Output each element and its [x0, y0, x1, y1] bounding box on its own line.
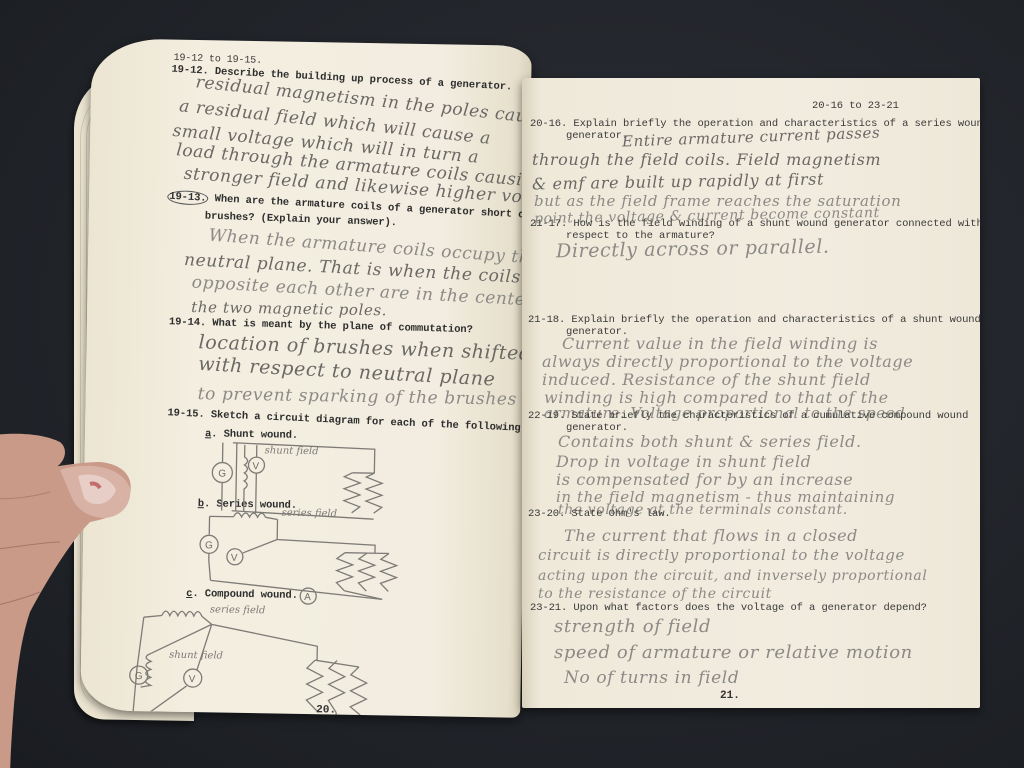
svg-text:shunt field: shunt field — [169, 650, 223, 662]
answer-line: Current value in the field winding is — [562, 334, 878, 353]
svg-text:shunt field: shunt field — [265, 445, 319, 457]
right-range-header: 20-16 to 23-21 — [812, 100, 899, 112]
question-id: 23-20. — [528, 508, 565, 520]
svg-text:series field: series field — [210, 604, 266, 616]
question-23-20: 23-20. State Ohm's law. — [528, 508, 671, 520]
answer-line: speed of armature or relative motion — [554, 642, 913, 663]
answer-line: is compensated for by an increase — [556, 470, 853, 489]
answer-line: The current that flows in a closed — [564, 526, 858, 545]
question-prompt: State briefly the characteristics of a c… — [571, 410, 968, 422]
svg-text:G: G — [135, 671, 143, 682]
question-21-18: 21-18. Explain briefly the operation and… — [528, 314, 980, 326]
svg-text:A: A — [304, 592, 311, 603]
question-id: 21-18. — [528, 314, 565, 326]
answer-line: strength of field — [554, 616, 711, 637]
series-wound-diagram: G V series field A — [199, 506, 398, 605]
answer-line: No of turns in field — [564, 668, 739, 688]
question-prompt-cont: generator. — [566, 130, 628, 142]
photo-scene: 19-12 to 19-15. 19-12. Describe the buil… — [0, 0, 1024, 768]
svg-text:series field: series field — [282, 508, 338, 520]
right-page-number: 21. — [720, 690, 740, 702]
left-page: 19-12 to 19-15. 19-12. Describe the buil… — [80, 38, 532, 718]
answer-line: circuit is directly proportional to the … — [538, 546, 905, 564]
question-prompt: State Ohm's law. — [571, 508, 670, 520]
answer-line: Drop in voltage in shunt field — [556, 452, 812, 471]
answer-line: acting upon the circuit, and inversely p… — [538, 568, 927, 584]
answer-line: through the field coils. Field magnetism — [532, 150, 881, 169]
svg-text:G: G — [218, 468, 226, 479]
svg-text:V: V — [252, 461, 259, 472]
circuit-diagrams: G V shunt field G — [80, 38, 532, 718]
question-prompt: How is the field winding of a shunt woun… — [573, 218, 980, 230]
question-id: 22-19. — [528, 410, 565, 422]
svg-text:V: V — [189, 674, 196, 685]
svg-text:V: V — [231, 553, 238, 564]
answer-line: to the resistance of the circuit — [538, 586, 772, 602]
question-prompt: Upon what factors does the voltage of a … — [573, 602, 926, 614]
right-page: 20-16 to 23-21 20-16. Explain briefly th… — [522, 78, 980, 708]
question-prompt: Explain briefly the operation and charac… — [571, 314, 980, 326]
question-21-17: 21-17. How is the field winding of a shu… — [530, 218, 980, 230]
answer-line: always directly proportional to the volt… — [542, 352, 913, 371]
answer-line: & emf are built up rapidly at first — [532, 169, 824, 193]
left-page-number: 20. — [316, 704, 336, 716]
compound-wound-diagram: series field G shunt field V A — [129, 603, 368, 718]
question-22-19: 22-19. State briefly the characteristics… — [528, 410, 968, 422]
question-id: 20-16. — [530, 118, 567, 130]
question-23-21: 23-21. Upon what factors does the voltag… — [530, 602, 927, 614]
question-id: 23-21. — [530, 602, 567, 614]
svg-text:G: G — [205, 540, 213, 551]
answer-line: Contains both shunt & series field. — [558, 432, 862, 451]
question-id: 21-17. — [530, 218, 567, 230]
answer-line: Directly across or parallel. — [556, 236, 830, 263]
holding-hand — [0, 432, 135, 768]
answer-line: induced. Resistance of the shunt field — [542, 370, 871, 389]
